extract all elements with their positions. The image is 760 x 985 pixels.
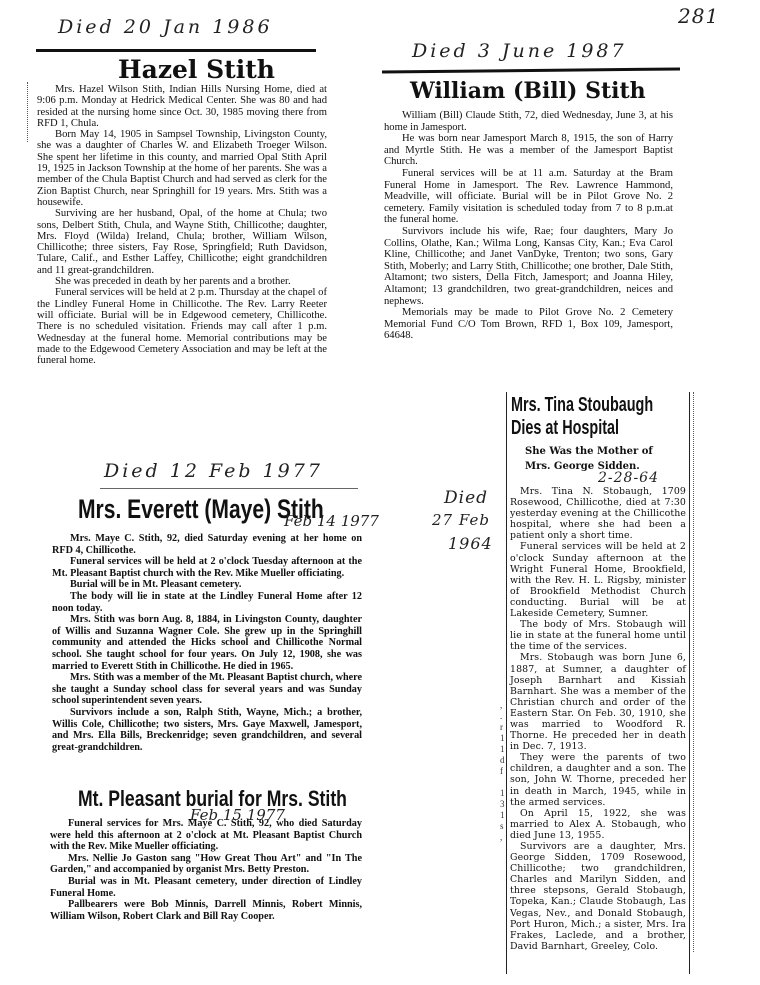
article-paragraph: Survivors include a son, Ralph Stith, Wa… xyxy=(52,707,362,753)
article-paragraph: Survivors include his wife, Rae; four da… xyxy=(384,226,673,307)
article-paragraph: Burial will be in Mt. Pleasant cemetery. xyxy=(52,579,362,591)
handwritten-date-tina-3: 1964 xyxy=(448,534,493,553)
article-paragraph: On April 15, 1922, she was married to Al… xyxy=(510,808,686,841)
handwritten-date-maye: Died 12 Feb 1977 xyxy=(104,460,323,482)
headline-hazel: Hazel Stith xyxy=(118,55,275,84)
article-paragraph: They were the parents of two children, a… xyxy=(510,752,686,807)
article-paragraph: Mrs. Stobaugh was born June 6, 1887, at … xyxy=(510,652,686,752)
article-paragraph: Surviving are her husband, Opal, of the … xyxy=(37,208,327,276)
article-paragraph: The body of Mrs. Stobaugh will lie in st… xyxy=(510,619,686,652)
article-paragraph: Pallbearers were Bob Minnis, Darrell Min… xyxy=(50,899,362,922)
subhead-tina-line-1: She Was the Mother of xyxy=(525,444,653,459)
article-paragraph: Funeral services will be held at 2 p.m. … xyxy=(37,287,327,366)
adjacent-column-fragment: , . r 1 1 d f 1 3 1 s , xyxy=(500,700,506,843)
article-paragraph: William (Bill) Claude Stith, 72, died We… xyxy=(384,110,673,133)
headline-tina-line-1: Mrs. Tina Stoubaugh xyxy=(511,394,653,417)
divider-rule xyxy=(36,49,316,52)
divider-rule xyxy=(382,67,680,73)
article-paragraph: Funeral services for Mrs. Maye C. Stith,… xyxy=(50,818,362,853)
article-paragraph: Mrs. Tina N. Stobaugh, 1709 Rosewood, Ch… xyxy=(510,486,686,541)
handwritten-note-tina: 2-28-64 xyxy=(598,470,659,486)
article-body-hazel: Mrs. Hazel Wilson Stith, Indian Hills Nu… xyxy=(37,84,327,366)
article-paragraph: Funeral services will be at 11 a.m. Satu… xyxy=(384,168,673,226)
handwritten-note-maye: Feb 14 1977 xyxy=(284,512,379,530)
article-paragraph: Burial was in Mt. Pleasant cemetery, und… xyxy=(50,876,362,899)
article-paragraph: Mrs. Hazel Wilson Stith, Indian Hills Nu… xyxy=(37,84,327,129)
handwritten-date-bill: Died 3 June 1987 xyxy=(412,40,627,62)
article-paragraph: Memorials may be made to Pilot Grove No.… xyxy=(384,307,673,342)
headline-bill: William (Bill) Stith xyxy=(410,78,646,104)
article-paragraph: Mrs. Maye C. Stith, 92, died Saturday ev… xyxy=(52,533,362,556)
divider-rule xyxy=(100,488,358,489)
headline-tina: Mrs. Tina Stoubaugh Dies at Hospital xyxy=(511,394,653,440)
article-paragraph: Mrs. Stith was born Aug. 8, 1884, in Liv… xyxy=(52,614,362,672)
handwritten-date-hazel: Died 20 Jan 1986 xyxy=(58,16,273,38)
article-paragraph: She was preceded in death by her parents… xyxy=(37,276,327,287)
page-number: 281 xyxy=(678,4,719,28)
clipping-edge xyxy=(693,392,694,952)
handwritten-date-tina-1: Died xyxy=(444,488,488,508)
article-body-maye: Mrs. Maye C. Stith, 92, died Saturday ev… xyxy=(52,533,362,753)
article-paragraph: Funeral services will be held at 2 o'clo… xyxy=(52,556,362,579)
article-paragraph: The body will lie in state at the Lindle… xyxy=(52,591,362,614)
article-body-maye-burial: Funeral services for Mrs. Maye C. Stith,… xyxy=(50,818,362,922)
article-paragraph: Survivors are a daughter, Mrs. George Si… xyxy=(510,841,686,952)
handwritten-date-tina-2: 27 Feb xyxy=(432,511,490,529)
article-paragraph: Funeral services will be held at 2 o'clo… xyxy=(510,541,686,619)
article-paragraph: He was born near Jamesport March 8, 1915… xyxy=(384,133,673,168)
article-body-tina: Mrs. Tina N. Stobaugh, 1709 Rosewood, Ch… xyxy=(510,486,686,952)
article-paragraph: Mrs. Nellie Jo Gaston sang "How Great Th… xyxy=(50,853,362,876)
article-paragraph: Mrs. Stith was a member of the Mt. Pleas… xyxy=(52,672,362,707)
headline-tina-line-2: Dies at Hospital xyxy=(511,417,653,440)
article-body-bill: William (Bill) Claude Stith, 72, died We… xyxy=(384,110,673,342)
clipping-edge xyxy=(27,82,28,142)
article-paragraph: Born May 14, 1905 in Sampsel Township, L… xyxy=(37,129,327,208)
